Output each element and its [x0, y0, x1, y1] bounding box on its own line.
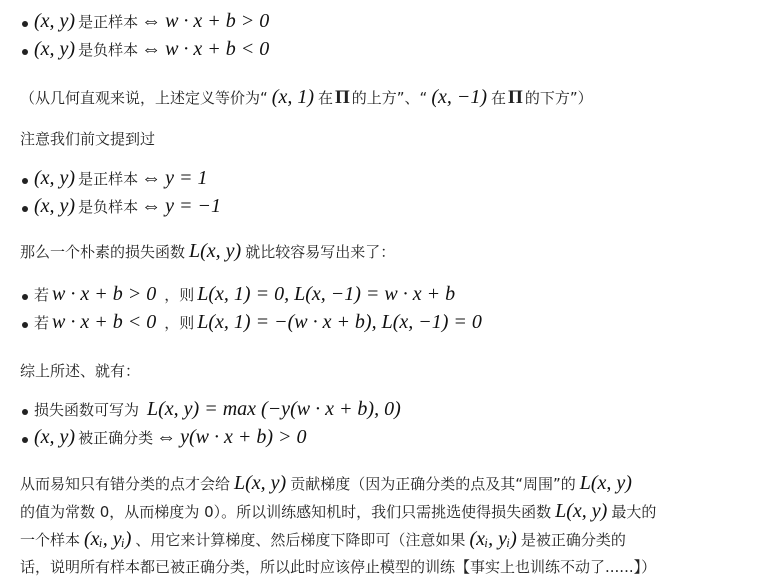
item-text: 是正样本: [78, 11, 138, 32]
list-item: (x, y) 是负样本 ⇔ y = −1: [34, 195, 221, 223]
math-expression: L(x, y) = max (−y(w · x + b), 0): [147, 398, 401, 421]
item-text: 是负样本: [78, 196, 138, 217]
math-expression: y = 1: [165, 167, 207, 190]
math-expression: L(x, 1) = 0, L(x, −1) = w · x + b: [197, 283, 455, 306]
note-text: 注意我们前文提到过: [20, 128, 155, 149]
paragraph-text: 贡献梯度（因为正确分类的点及其“周围”的: [290, 473, 576, 494]
math-expression: w · x + b < 0: [52, 311, 156, 334]
bullet-icon: [22, 437, 28, 443]
math-expression: y(w · x + b) > 0: [180, 426, 306, 449]
loss-intro: 那么一个朴素的损失函数 L(x, y) 就比较容易写出来了：: [20, 240, 395, 263]
math-expression: (x, y): [34, 167, 75, 190]
item-text: 是正样本: [78, 168, 138, 189]
intro-text: 就比较容易写出来了：: [245, 241, 395, 262]
math-expression: y = −1: [165, 195, 221, 218]
math-expression: w · x + b > 0: [52, 283, 156, 306]
note-text: 在: [491, 87, 506, 108]
math-expression: w · x + b < 0: [165, 38, 269, 61]
plane-symbol: Π: [508, 87, 523, 109]
paragraph-text: 一个样本: [20, 529, 80, 550]
note-paragraph: 注意我们前文提到过: [20, 128, 155, 149]
item-text: 若: [34, 312, 49, 333]
summary-text: 综上所述、就有：: [20, 360, 140, 381]
note-text: （从几何直观来说，上述定义等价为“: [20, 87, 268, 108]
note-text: 的上方”、“: [352, 87, 428, 108]
paragraph-text: 是被正确分类的: [521, 529, 626, 550]
math-expression: (x, y): [34, 195, 75, 218]
bullet-icon: [22, 409, 28, 415]
list-item: 若 w · x + b < 0 ，则 L(x, 1) = −(w · x + b…: [34, 311, 482, 339]
iff-symbol: ⇔: [141, 195, 161, 218]
plane-symbol: Π: [335, 87, 350, 109]
math-expression: (x, y): [34, 10, 75, 33]
bullet-icon: [22, 49, 28, 55]
paragraph-text: 从而易知只有错分类的点才会给: [20, 473, 230, 494]
item-text: ，则: [164, 312, 194, 333]
math-expression: (xᵢ, yᵢ): [469, 528, 516, 551]
item-text: ，则: [164, 284, 194, 305]
list-item: (x, y) 被正确分类 ⇔ y(w · x + b) > 0: [34, 426, 307, 454]
note-text: 在: [318, 87, 333, 108]
list-item: (x, y) 是负样本 ⇔ w · x + b < 0: [34, 38, 269, 66]
math-expression: (x, −1): [431, 86, 487, 109]
math-expression: w · x + b > 0: [165, 10, 269, 33]
item-text: 损失函数可写为: [34, 399, 139, 420]
math-expression: L(x, 1) = −(w · x + b), L(x, −1) = 0: [197, 311, 482, 334]
list-item: 损失函数可写为 L(x, y) = max (−y(w · x + b), 0): [34, 398, 401, 426]
paragraph-line: 话，说明所有样本都已被正确分类，所以此时应该停止模型的训练【事实上也训练不动了.…: [20, 556, 656, 584]
bullet-icon: [22, 206, 28, 212]
paragraph-line: 从而易知只有错分类的点才会给 L(x, y) 贡献梯度（因为正确分类的点及其“周…: [20, 472, 636, 500]
iff-symbol: ⇔: [141, 38, 161, 61]
paragraph-line: 的值为常数 0，从而梯度为 0）。所以训练感知机时，我们只需挑选使得损失函数 L…: [20, 500, 656, 528]
math-expression: (xᵢ, yᵢ): [84, 528, 131, 551]
summary-paragraph: 综上所述、就有：: [20, 360, 140, 381]
math-expression: L(x, y): [234, 472, 286, 495]
math-expression: L(x, y): [189, 240, 241, 263]
math-expression: (x, y): [34, 426, 75, 449]
item-text: 被正确分类: [78, 427, 153, 448]
list-item: (x, y) 是正样本 ⇔ w · x + b > 0: [34, 10, 269, 38]
bullet-icon: [22, 294, 28, 300]
geometric-note: （从几何直观来说，上述定义等价为“ (x, 1) 在 Π 的上方”、“ (x, …: [20, 86, 593, 109]
paragraph-text: 话，说明所有样本都已被正确分类，所以此时应该停止模型的训练【事实上也训练不动了.…: [20, 556, 656, 577]
iff-symbol: ⇔: [156, 426, 176, 449]
item-text: 若: [34, 284, 49, 305]
iff-symbol: ⇔: [141, 167, 161, 190]
iff-symbol: ⇔: [141, 10, 161, 33]
paragraph-text: 、用它来计算梯度、然后梯度下降即可（注意如果: [135, 529, 465, 550]
note-text: 的下方”）: [525, 87, 593, 108]
math-expression: (x, 1): [272, 86, 314, 109]
math-expression: L(x, y): [555, 500, 607, 523]
math-expression: L(x, y): [580, 472, 632, 495]
list-item: (x, y) 是正样本 ⇔ y = 1: [34, 167, 207, 195]
intro-text: 那么一个朴素的损失函数: [20, 241, 185, 262]
bullet-icon: [22, 21, 28, 27]
bullet-icon: [22, 322, 28, 328]
bullet-icon: [22, 178, 28, 184]
paragraph-line: 一个样本 (xᵢ, yᵢ) 、用它来计算梯度、然后梯度下降即可（注意如果 (xᵢ…: [20, 528, 626, 556]
list-item: 若 w · x + b > 0 ，则 L(x, 1) = 0, L(x, −1)…: [34, 283, 455, 311]
paragraph-text: 的值为常数 0，从而梯度为 0）。所以训练感知机时，我们只需挑选使得损失函数: [20, 501, 551, 522]
item-text: 是负样本: [78, 39, 138, 60]
paragraph-text: 最大的: [611, 501, 656, 522]
math-expression: (x, y): [34, 38, 75, 61]
